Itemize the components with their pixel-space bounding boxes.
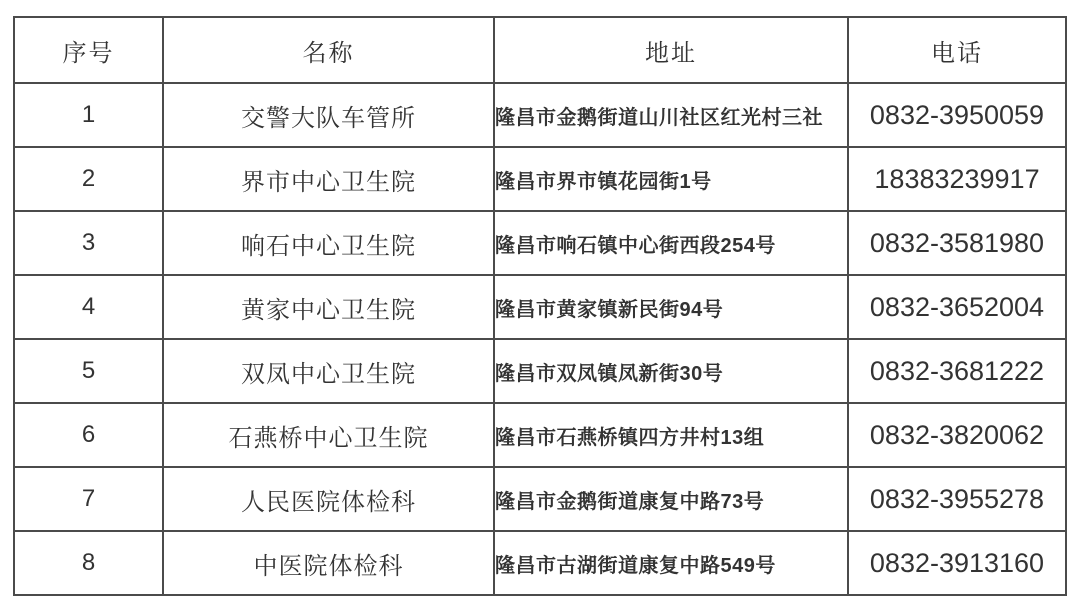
institution-table: 序号 名称 地址 电话 1 交警大队车管所 隆昌市金鹅街道山川社区红光村三社 0… [13,16,1067,596]
institution-directory: 序号 名称 地址 电话 1 交警大队车管所 隆昌市金鹅街道山川社区红光村三社 0… [13,16,1067,596]
table-row: 8 中医院体检科 隆昌市古湖街道康复中路549号 0832-3913160 [14,531,1066,595]
cell-phone: 0832-3581980 [848,211,1066,275]
table-row: 5 双凤中心卫生院 隆昌市双凤镇凤新街30号 0832-3681222 [14,339,1066,403]
header-name: 名称 [163,17,494,83]
cell-index: 2 [14,147,163,211]
cell-address: 隆昌市双凤镇凤新街30号 [494,339,848,403]
cell-address: 隆昌市金鹅街道山川社区红光村三社 [494,83,848,147]
cell-phone: 0832-3950059 [848,83,1066,147]
cell-address: 隆昌市响石镇中心街西段254号 [494,211,848,275]
cell-address: 隆昌市黄家镇新民街94号 [494,275,848,339]
cell-address: 隆昌市界市镇花园街1号 [494,147,848,211]
table-row: 2 界市中心卫生院 隆昌市界市镇花园街1号 18383239917 [14,147,1066,211]
cell-index: 7 [14,467,163,531]
header-address: 地址 [494,17,848,83]
cell-name: 黄家中心卫生院 [163,275,494,339]
table-body: 1 交警大队车管所 隆昌市金鹅街道山川社区红光村三社 0832-3950059 … [14,83,1066,595]
cell-address: 隆昌市金鹅街道康复中路73号 [494,467,848,531]
cell-name: 界市中心卫生院 [163,147,494,211]
header-row: 序号 名称 地址 电话 [14,17,1066,83]
header-phone: 电话 [848,17,1066,83]
cell-name: 人民医院体检科 [163,467,494,531]
cell-name: 交警大队车管所 [163,83,494,147]
cell-phone: 0832-3913160 [848,531,1066,595]
header-index: 序号 [14,17,163,83]
cell-phone: 0832-3820062 [848,403,1066,467]
table-row: 1 交警大队车管所 隆昌市金鹅街道山川社区红光村三社 0832-3950059 [14,83,1066,147]
table-row: 6 石燕桥中心卫生院 隆昌市石燕桥镇四方井村13组 0832-3820062 [14,403,1066,467]
table-header: 序号 名称 地址 电话 [14,17,1066,83]
table-row: 3 响石中心卫生院 隆昌市响石镇中心街西段254号 0832-3581980 [14,211,1066,275]
cell-phone: 18383239917 [848,147,1066,211]
cell-name: 中医院体检科 [163,531,494,595]
cell-index: 6 [14,403,163,467]
table-row: 4 黄家中心卫生院 隆昌市黄家镇新民街94号 0832-3652004 [14,275,1066,339]
cell-index: 3 [14,211,163,275]
cell-phone: 0832-3681222 [848,339,1066,403]
cell-name: 响石中心卫生院 [163,211,494,275]
cell-index: 1 [14,83,163,147]
cell-name: 石燕桥中心卫生院 [163,403,494,467]
table-row: 7 人民医院体检科 隆昌市金鹅街道康复中路73号 0832-3955278 [14,467,1066,531]
cell-phone: 0832-3955278 [848,467,1066,531]
cell-address: 隆昌市古湖街道康复中路549号 [494,531,848,595]
cell-index: 4 [14,275,163,339]
cell-phone: 0832-3652004 [848,275,1066,339]
cell-address: 隆昌市石燕桥镇四方井村13组 [494,403,848,467]
cell-index: 8 [14,531,163,595]
cell-index: 5 [14,339,163,403]
cell-name: 双凤中心卫生院 [163,339,494,403]
